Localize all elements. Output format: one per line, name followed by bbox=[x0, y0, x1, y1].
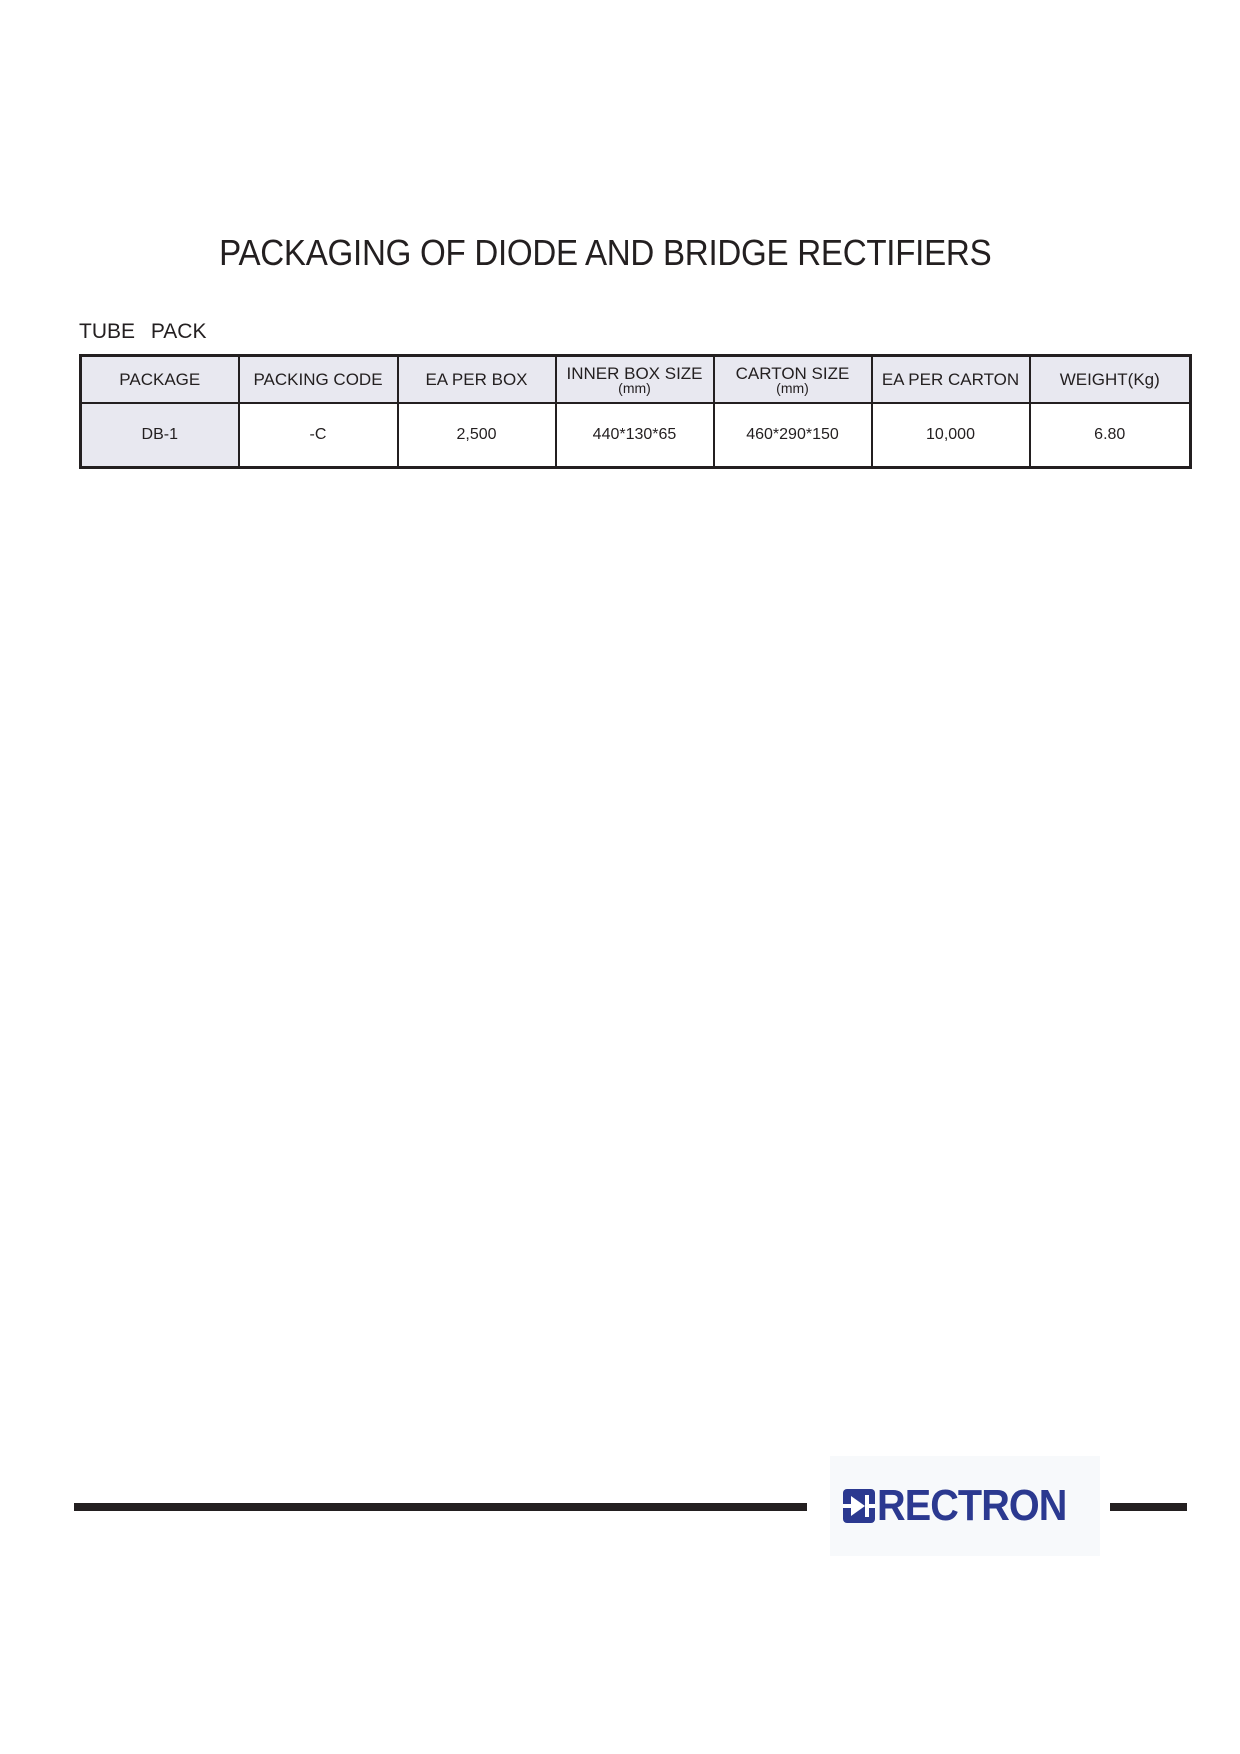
table-row: DB-1 -C 2,500 440*130*65 460*290*150 10,… bbox=[81, 403, 1191, 468]
table-header-row: PACKAGE PACKING CODE EA PER BOX INNER BO… bbox=[81, 356, 1191, 404]
cell-ea-per-carton: 10,000 bbox=[872, 403, 1030, 468]
page-title: PACKAGING OF DIODE AND BRIDGE RECTIFIERS bbox=[49, 232, 1162, 274]
brand-name: RECTRON bbox=[877, 1486, 1067, 1526]
brand-logo: RECTRON bbox=[830, 1456, 1100, 1556]
header-package: PACKAGE bbox=[81, 356, 239, 404]
section-label: TUBE PACK bbox=[79, 320, 206, 344]
cell-package: DB-1 bbox=[81, 403, 239, 468]
header-ea-per-carton: EA PER CARTON bbox=[872, 356, 1030, 404]
footer-rule-left bbox=[74, 1503, 807, 1511]
cell-packing-code: -C bbox=[239, 403, 398, 468]
cell-weight: 6.80 bbox=[1030, 403, 1191, 468]
header-weight: WEIGHT(Kg) bbox=[1030, 356, 1191, 404]
header-carton-size: CARTON SIZE(mm) bbox=[714, 356, 872, 404]
header-ea-per-box: EA PER BOX bbox=[398, 356, 556, 404]
packaging-table: PACKAGE PACKING CODE EA PER BOX INNER BO… bbox=[79, 354, 1192, 469]
cell-ea-per-box: 2,500 bbox=[398, 403, 556, 468]
cell-carton-size: 460*290*150 bbox=[714, 403, 872, 468]
header-inner-box-size: INNER BOX SIZE(mm) bbox=[556, 356, 714, 404]
header-packing-code: PACKING CODE bbox=[239, 356, 398, 404]
cell-inner-box-size: 440*130*65 bbox=[556, 403, 714, 468]
diode-symbol-icon bbox=[843, 1489, 875, 1523]
footer-rule-right bbox=[1110, 1503, 1187, 1511]
